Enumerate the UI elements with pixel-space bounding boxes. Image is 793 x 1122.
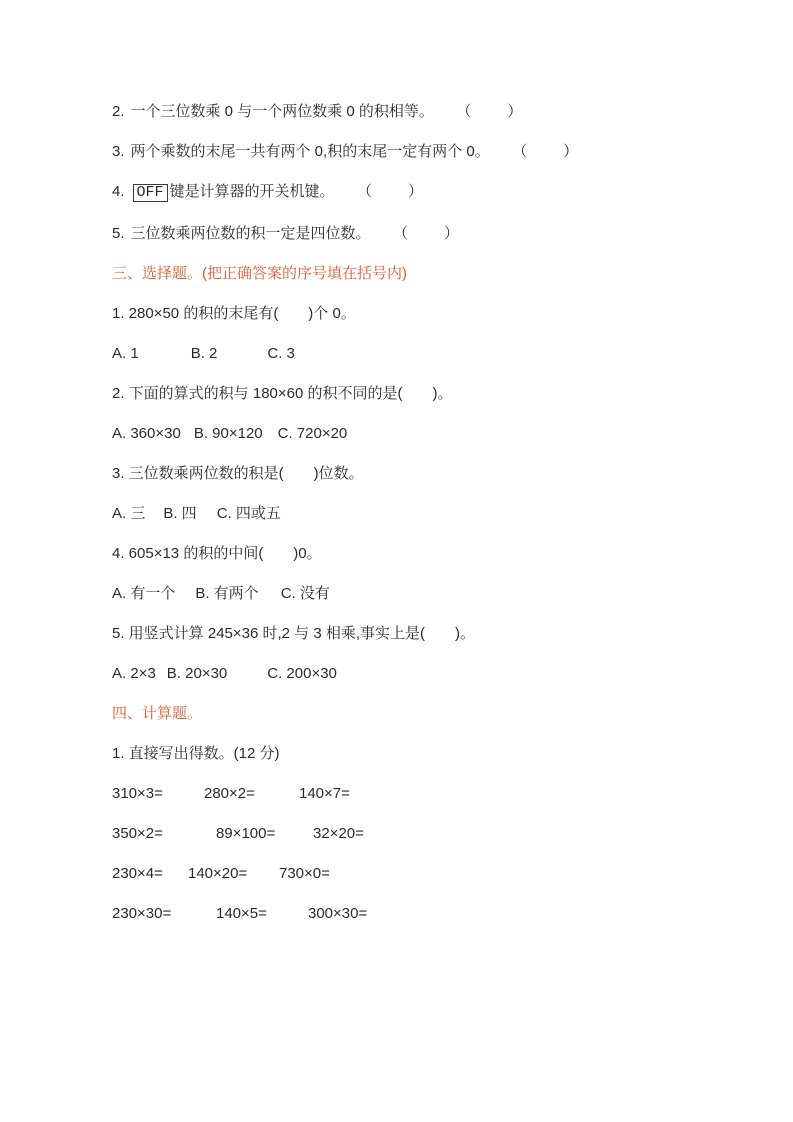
choice-question: 3. 三位数乘两位数的积是( )位数。 (112, 465, 733, 482)
option-c: C. 四或五 (217, 505, 281, 522)
calc-expression: 230×4= (112, 865, 188, 882)
multiple-choice-section: 三、选择题。(把正确答案的序号填在括号内) 1. 280×50 的积的末尾有( … (112, 265, 733, 682)
true-false-section: 2.一个三位数乘 0 与一个两位数乘 0 的积相等。（ ） 3.两个乘数的末尾一… (112, 103, 733, 242)
choice-options: A. 三 B. 四 C. 四或五 (112, 505, 733, 522)
calc-expression: 280×2= (204, 785, 299, 802)
question-number: 3. (112, 143, 125, 160)
section-heading-calc: 四、计算题。 (112, 705, 733, 722)
option-b: B. 四 (163, 505, 196, 522)
option-a: A. 2×3 (112, 665, 156, 682)
answer-blank: （ ） (464, 103, 525, 120)
worksheet-page: 2.一个三位数乘 0 与一个两位数乘 0 的积相等。（ ） 3.两个乘数的末尾一… (0, 0, 793, 1122)
calc-expression: 89×100= (216, 825, 313, 842)
calc-expression: 300×30= (308, 905, 367, 922)
question-number: 2. (112, 103, 125, 120)
option-a: A. 有一个 (112, 585, 175, 602)
question-text: 键是计算器的开关机键。 (170, 183, 335, 200)
calc-row: 350×2= 89×100= 32×20= (112, 825, 733, 842)
option-c: C. 720×20 (278, 425, 348, 442)
option-b: B. 有两个 (195, 585, 258, 602)
option-a: A. 1 (112, 345, 139, 362)
question-number: 5. (112, 225, 125, 242)
calc-expression: 310×3= (112, 785, 204, 802)
calc-expression: 140×7= (299, 785, 350, 802)
choice-question: 2. 下面的算式的积与 180×60 的积不同的是( )。 (112, 385, 733, 402)
judge-item: 4.OFF键是计算器的开关机键。（ ） (112, 183, 733, 202)
calc-expression: 730×0= (279, 865, 330, 882)
calc-expression: 140×20= (188, 865, 279, 882)
choice-question: 1. 280×50 的积的末尾有( )个 0。 (112, 305, 733, 322)
calc-expression: 140×5= (216, 905, 308, 922)
option-b: B. 20×30 (167, 665, 227, 682)
calc-row: 310×3= 280×2= 140×7= (112, 785, 733, 802)
question-text: 一个三位数乘 0 与一个两位数乘 0 的积相等。 (131, 103, 434, 120)
judge-item: 2.一个三位数乘 0 与一个两位数乘 0 的积相等。（ ） (112, 103, 733, 120)
calc-row: 230×30= 140×5= 300×30= (112, 905, 733, 922)
answer-blank: （ ） (365, 183, 426, 200)
question-text: 两个乘数的末尾一共有两个 0,积的末尾一定有两个 0。 (131, 143, 490, 160)
choice-question: 5. 用竖式计算 245×36 时,2 与 3 相乘,事实上是( )。 (112, 625, 733, 642)
calc-expression: 32×20= (313, 825, 364, 842)
calculation-section: 四、计算题。 1. 直接写出得数。(12 分) 310×3= 280×2= 14… (112, 705, 733, 922)
judge-item: 5.三位数乘两位数的积一定是四位数。（ ） (112, 225, 733, 242)
option-b: B. 2 (191, 345, 218, 362)
question-text: 三位数乘两位数的积一定是四位数。 (131, 225, 371, 242)
option-b: B. 90×120 (194, 425, 263, 442)
calc-expression: 350×2= (112, 825, 216, 842)
option-a: A. 三 (112, 505, 145, 522)
calc-expression: 230×30= (112, 905, 216, 922)
choice-question: 4. 605×13 的积的中间( )0。 (112, 545, 733, 562)
judge-item: 3.两个乘数的末尾一共有两个 0,积的末尾一定有两个 0。（ ） (112, 143, 733, 160)
calc-row: 230×4= 140×20= 730×0= (112, 865, 733, 882)
answer-blank: （ ） (520, 143, 581, 160)
option-c: C. 3 (267, 345, 295, 362)
calc-subheading: 1. 直接写出得数。(12 分) (112, 745, 733, 762)
choice-options: A. 360×30 B. 90×120 C. 720×20 (112, 425, 733, 442)
option-a: A. 360×30 (112, 425, 181, 442)
answer-blank: （ ） (401, 225, 462, 242)
choice-options: A. 2×3 B. 20×30 C. 200×30 (112, 665, 733, 682)
off-key-box: OFF (133, 184, 168, 202)
choice-options: A. 1 B. 2 C. 3 (112, 345, 733, 362)
question-number: 4. (112, 183, 125, 200)
choice-options: A. 有一个 B. 有两个 C. 没有 (112, 585, 733, 602)
option-c: C. 没有 (281, 585, 330, 602)
section-heading-choice: 三、选择题。(把正确答案的序号填在括号内) (112, 265, 733, 282)
option-c: C. 200×30 (267, 665, 337, 682)
